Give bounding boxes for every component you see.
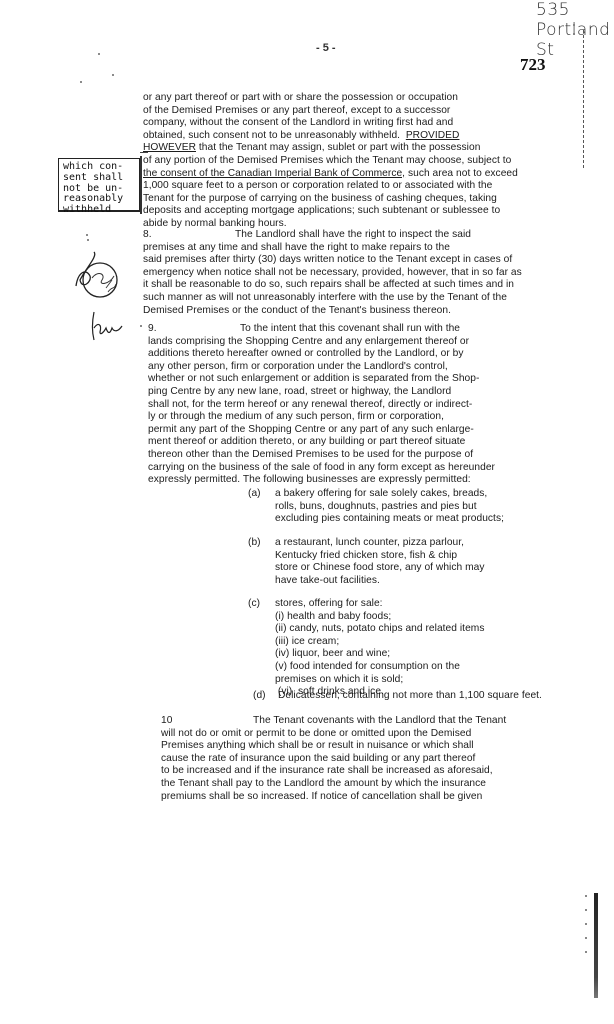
clause-heading: 8.The Landlord shall have the right to i… (143, 229, 522, 242)
margin-note-line: sent shall (63, 173, 135, 184)
sub-item: (v) food intended for consumption on the (275, 661, 484, 674)
item-label: (b) (248, 537, 261, 550)
text-line: any other person, firm or corporation un… (148, 361, 495, 374)
text-line: store or Chinese food store, any of whic… (275, 562, 485, 575)
binding-mark (594, 893, 598, 998)
scan-speck (140, 325, 142, 327)
bank-consent-insertion: the consent of the Canadian Imperial Ban… (143, 168, 405, 179)
text-line: excluding pies containing meats or meat … (275, 513, 504, 526)
item-label: (c) (248, 598, 260, 611)
text-line: carrying on the business of the sale of … (148, 462, 495, 475)
text-line: ment thereof or addition thereto, or any… (148, 436, 495, 449)
text-line: it shall be reasonable to do so, such re… (143, 279, 522, 292)
text-line: cause the rate of insurance upon the sai… (161, 753, 506, 766)
margin-bracket (140, 156, 142, 214)
text-line: whether or not such enlargement or addit… (148, 373, 495, 386)
text-line: premises at any time and shall have the … (143, 242, 522, 255)
text-line: Kentucky fried chicken store, fish & chi… (275, 550, 485, 563)
document-page: 535 Portland St - 5 - 723 or any part th… (0, 0, 614, 1024)
text-line: to be increased and if the insurance rat… (161, 765, 506, 778)
text-line: a restaurant, lunch counter, pizza parlo… (275, 537, 485, 550)
text-line: a bakery offering for sale solely cakes,… (275, 488, 504, 501)
text-line: ly or through the medium of any such per… (148, 411, 495, 424)
clause-number: 9. (148, 323, 240, 336)
provided-keyword: PROVIDED (406, 130, 460, 141)
text-line: have take-out facilities. (275, 575, 485, 588)
clause-9: 9.To the intent that this covenant shall… (148, 323, 495, 487)
continuation-paragraph: or any part thereof or part with or shar… (143, 92, 518, 231)
sub-item: (i) health and baby foods; (275, 611, 484, 624)
scan-speck (80, 81, 82, 83)
clause-number: 10 (161, 715, 253, 728)
text-line: stores, offering for sale: (275, 598, 484, 611)
sub-item: (ii) candy, nuts, potato chips and relat… (275, 623, 484, 636)
margin-rule (583, 30, 584, 170)
text-line: Delicatessen, containing not more than 1… (278, 690, 542, 703)
sub-item: (iii) ice cream; (275, 636, 484, 649)
text-line: or any part thereof or part with or shar… (143, 92, 518, 105)
permitted-item-c: (c) stores, offering for sale: (i) healt… (248, 598, 484, 699)
text-line: 1,000 square feet to a person or corpora… (143, 180, 518, 193)
text-line: the Tenant shall pay to the Landlord the… (161, 778, 506, 791)
page-marker: - 5 - (316, 42, 336, 54)
permitted-item-d: (d) Delicatessen, containing not more th… (253, 690, 542, 703)
scan-speck (86, 234, 88, 236)
margin-note-line: withheld (63, 205, 135, 216)
handwritten-address: 535 Portland St (536, 0, 614, 60)
scan-speck (98, 53, 100, 55)
text-line: Tenant for the purpose of carrying on th… (143, 193, 518, 206)
clause-number: 8. (143, 229, 235, 242)
text-line: will not do or omit or permit to be done… (161, 728, 506, 741)
signature-icon (88, 310, 126, 342)
clause-10: 10The Tenant covenants with the Landlord… (161, 715, 506, 803)
text-line: lands comprising the Shopping Centre and… (148, 336, 495, 349)
however-keyword: HOWEVER (143, 142, 196, 153)
text-line: such manner as will not unreasonably int… (143, 292, 522, 305)
scan-speck (112, 74, 114, 76)
text-line: of any portion of the Demised Premises w… (143, 155, 518, 168)
item-label: (a) (248, 488, 261, 501)
text-line: Premises anything which shall be or resu… (161, 740, 506, 753)
sub-item: (iv) liquor, beer and wine; (275, 648, 484, 661)
scan-speck (87, 239, 89, 241)
item-label: (d) (253, 690, 266, 703)
scan-speck (573, 24, 575, 26)
text-line: shall not, for the term hereof or any re… (148, 399, 495, 412)
text-line: obtained, such consent not to be unreaso… (143, 130, 518, 143)
scan-artifact (585, 895, 587, 955)
clause-heading: 10The Tenant covenants with the Landlord… (161, 715, 506, 728)
text-line: the consent of the Canadian Imperial Ban… (143, 168, 518, 181)
scan-speck (573, 33, 575, 35)
text-line: of the Demised Premises or any part ther… (143, 105, 518, 118)
text-line: premiums shall be so increased. If notic… (161, 791, 506, 804)
text-line: Demised Premises or the conduct of the T… (143, 305, 522, 318)
text-line: ping Centre by any new lane, road, stree… (148, 386, 495, 399)
page-number: 723 (520, 55, 546, 75)
text-line: rolls, buns, doughnuts, pastries and pie… (275, 501, 504, 514)
permitted-item-a: (a) a bakery offering for sale solely ca… (248, 488, 504, 526)
insertion-rule (140, 152, 148, 153)
text-line: deposits and accepting mortgage applicat… (143, 205, 518, 218)
permitted-item-b: (b) a restaurant, lunch counter, pizza p… (248, 537, 485, 587)
text-line: company, without the consent of the Land… (143, 117, 518, 130)
clause-heading: 9.To the intent that this covenant shall… (148, 323, 495, 336)
text-line: additions thereto hereafter owned or con… (148, 348, 495, 361)
text-line: said premises after thirty (30) days wri… (143, 254, 522, 267)
text-line: emergency when notice shall not be neces… (143, 267, 522, 280)
clause-8: 8.The Landlord shall have the right to i… (143, 229, 522, 317)
text-line: permit any part of the Shopping Centre o… (148, 424, 495, 437)
text-line: expressly permitted. The following busin… (148, 474, 495, 487)
margin-note-box: which con- sent shall not be un- reasona… (58, 158, 140, 212)
sub-item: premises on which it is sold; (275, 674, 484, 687)
text-line: thereon other than the Demised Premises … (148, 449, 495, 462)
text-line: HOWEVER that the Tenant may assign, subl… (143, 142, 518, 155)
